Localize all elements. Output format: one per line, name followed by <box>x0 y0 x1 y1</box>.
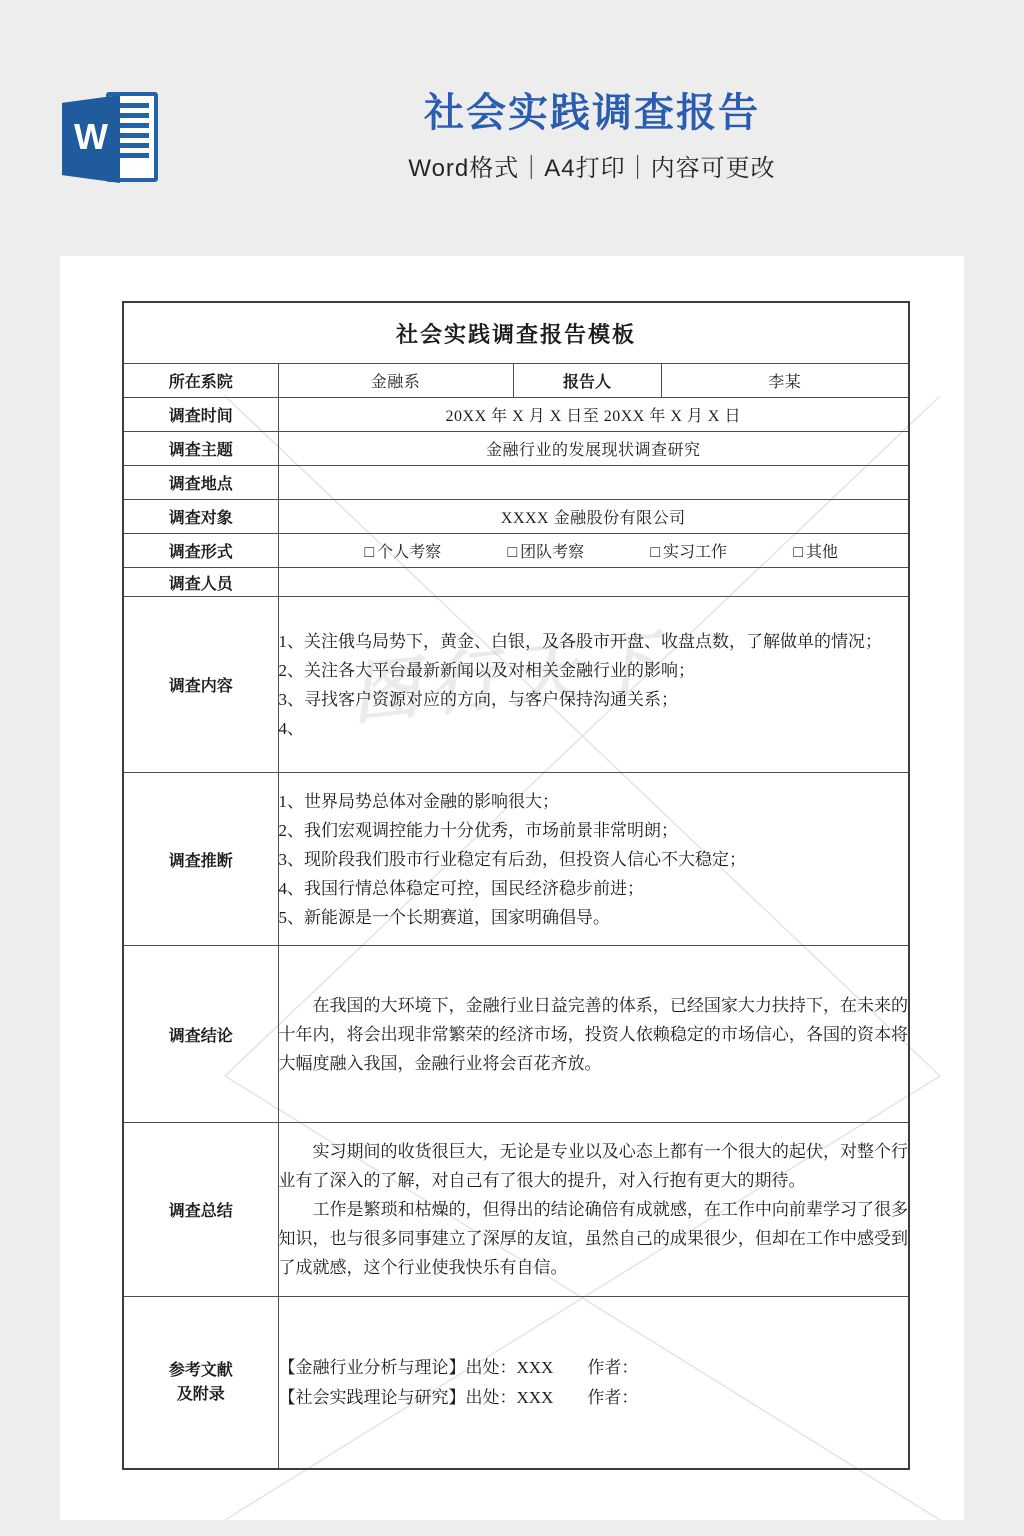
page-header: W 社会实践调查报告 Word格式｜A4打印｜内容可更改 <box>0 0 1024 256</box>
word-icon-line <box>115 133 149 138</box>
document-page: 图行天下 社会实践调查报告模板 所在系院 金融系 报告人 李某 调查时间 20X… <box>60 256 964 1520</box>
word-icon-line <box>115 143 149 148</box>
checkbox-icon[interactable]: □ <box>507 544 517 562</box>
row-references: 参考文献 及附录 【金融行业分析与理论】出处：XXX 作者： 【社会实践理论与研… <box>123 1297 909 1470</box>
summary-paragraph: 工作是繁琐和枯燥的，但得出的结论确倍有成就感，在工作中向前辈学习了很多知识，也与… <box>279 1195 909 1282</box>
row-summary: 调查总结 实习期间的收货很巨大，无论是专业以及心态上都有一个很大的起伏，对整个行… <box>123 1123 909 1297</box>
page-title: 社会实践调查报告 <box>160 90 1024 136</box>
form-option-label: 个人考察 <box>377 544 441 561</box>
department-label: 所在系院 <box>123 364 278 398</box>
target-label: 调查对象 <box>123 500 278 534</box>
staff-label: 调查人员 <box>123 568 278 597</box>
content-item: 4、 <box>279 714 909 743</box>
inference-item: 5、新能源是一个长期赛道，国家明确倡导。 <box>279 903 909 932</box>
inference-item: 3、现阶段我们股市行业稳定有后劲，但投资人信心不大稳定； <box>279 845 909 874</box>
references-label-line2: 及附录 <box>124 1383 278 1407</box>
inference-item: 4、我国行情总体稳定可控，国民经济稳步前进； <box>279 874 909 903</box>
references-label-line1: 参考文献 <box>124 1359 278 1383</box>
location-label: 调查地点 <box>123 466 278 500</box>
word-icon-line <box>115 123 149 128</box>
form-option-personal: □个人考察 <box>365 539 442 562</box>
row-inference: 调查推断 1、世界局势总体对金融的影响很大； 2、我们宏观调控能力十分优秀，市场… <box>123 773 909 946</box>
form-option-internship: □实习工作 <box>650 539 727 562</box>
table-title: 社会实践调查报告模板 <box>123 302 909 364</box>
content-item: 3、寻找客户资源对应的方向，与客户保持沟通关系； <box>279 685 909 714</box>
page-subtitle: Word格式｜A4打印｜内容可更改 <box>160 148 1024 183</box>
form-options: □个人考察 □团队考察 □实习工作 □其他 <box>279 539 909 562</box>
conclusion-cell: 在我国的大环境下，金融行业日益完善的体系，已经国家大力扶持下，在未来的十年内，将… <box>278 946 909 1123</box>
department-value: 金融系 <box>278 364 513 398</box>
form-options-cell: □个人考察 □团队考察 □实习工作 □其他 <box>278 534 909 568</box>
row-form: 调查形式 □个人考察 □团队考察 □实习工作 □其他 <box>123 534 909 568</box>
row-target: 调查对象 XXXX 金融股份有限公司 <box>123 500 909 534</box>
word-icon-line <box>115 153 149 158</box>
row-staff: 调查人员 <box>123 568 909 597</box>
summary-label: 调查总结 <box>123 1123 278 1297</box>
form-option-label: 其他 <box>806 544 838 561</box>
word-icon-line <box>115 103 149 108</box>
checkbox-icon[interactable]: □ <box>793 544 803 562</box>
row-topic: 调查主题 金融行业的发展现状调查研究 <box>123 432 909 466</box>
location-value[interactable] <box>278 466 909 500</box>
screen: W 社会实践调查报告 Word格式｜A4打印｜内容可更改 图行天下 社会实践 <box>0 0 1024 1536</box>
checkbox-icon[interactable]: □ <box>650 544 660 562</box>
checkbox-icon[interactable]: □ <box>365 544 375 562</box>
summary-paragraph: 实习期间的收货很巨大，无论是专业以及心态上都有一个很大的起伏，对整个行业有了深入… <box>279 1137 909 1195</box>
inference-item: 2、我们宏观调控能力十分优秀，市场前景非常明朗； <box>279 816 909 845</box>
form-label: 调查形式 <box>123 534 278 568</box>
reference-item: 【金融行业分析与理论】出处：XXX 作者： <box>279 1353 909 1383</box>
row-department: 所在系院 金融系 报告人 李某 <box>123 364 909 398</box>
row-time: 调查时间 20XX 年 X 月 X 日至 20XX 年 X 月 X 日 <box>123 398 909 432</box>
target-value: XXXX 金融股份有限公司 <box>278 500 909 534</box>
form-option-label: 实习工作 <box>663 544 727 561</box>
conclusion-paragraph: 在我国的大环境下，金融行业日益完善的体系，已经国家大力扶持下，在未来的十年内，将… <box>279 991 909 1078</box>
content-item: 2、关注各大平台最新新闻以及对相关金融行业的影响； <box>279 656 909 685</box>
form-option-label: 团队考察 <box>520 544 584 561</box>
word-icon-letter: W <box>74 119 108 159</box>
header-text: 社会实践调查报告 Word格式｜A4打印｜内容可更改 <box>160 0 1024 183</box>
content-cell: 1、关注俄乌局势下，黄金、白银，及各股市开盘、收盘点数，了解做单的情况； 2、关… <box>278 597 909 773</box>
reporter-label: 报告人 <box>513 364 661 398</box>
inference-label: 调查推断 <box>123 773 278 946</box>
table-title-row: 社会实践调查报告模板 <box>123 302 909 364</box>
report-table: 社会实践调查报告模板 所在系院 金融系 报告人 李某 调查时间 20XX 年 X… <box>122 301 910 1470</box>
time-label: 调查时间 <box>123 398 278 432</box>
row-conclusion: 调查结论 在我国的大环境下，金融行业日益完善的体系，已经国家大力扶持下，在未来的… <box>123 946 909 1123</box>
time-value: 20XX 年 X 月 X 日至 20XX 年 X 月 X 日 <box>278 398 909 432</box>
references-cell: 【金融行业分析与理论】出处：XXX 作者： 【社会实践理论与研究】出处：XXX … <box>278 1297 909 1470</box>
word-icon: W <box>62 90 162 184</box>
word-icon-cover: W <box>62 95 120 183</box>
reporter-value: 李某 <box>661 364 909 398</box>
summary-cell: 实习期间的收货很巨大，无论是专业以及心态上都有一个很大的起伏，对整个行业有了深入… <box>278 1123 909 1297</box>
row-location: 调查地点 <box>123 466 909 500</box>
reference-item: 【社会实践理论与研究】出处：XXX 作者： <box>279 1383 909 1413</box>
conclusion-label: 调查结论 <box>123 946 278 1123</box>
inference-cell: 1、世界局势总体对金融的影响很大； 2、我们宏观调控能力十分优秀，市场前景非常明… <box>278 773 909 946</box>
content-item: 1、关注俄乌局势下，黄金、白银，及各股市开盘、收盘点数，了解做单的情况； <box>279 627 909 656</box>
form-option-other: □其他 <box>793 539 838 562</box>
topic-value: 金融行业的发展现状调查研究 <box>278 432 909 466</box>
form-option-team: □团队考察 <box>507 539 584 562</box>
references-label: 参考文献 及附录 <box>123 1297 278 1470</box>
topic-label: 调查主题 <box>123 432 278 466</box>
word-icon-line <box>115 113 149 118</box>
content-label: 调查内容 <box>123 597 278 773</box>
staff-value[interactable] <box>278 568 909 597</box>
row-content: 调查内容 1、关注俄乌局势下，黄金、白银，及各股市开盘、收盘点数，了解做单的情况… <box>123 597 909 773</box>
inference-item: 1、世界局势总体对金融的影响很大； <box>279 787 909 816</box>
